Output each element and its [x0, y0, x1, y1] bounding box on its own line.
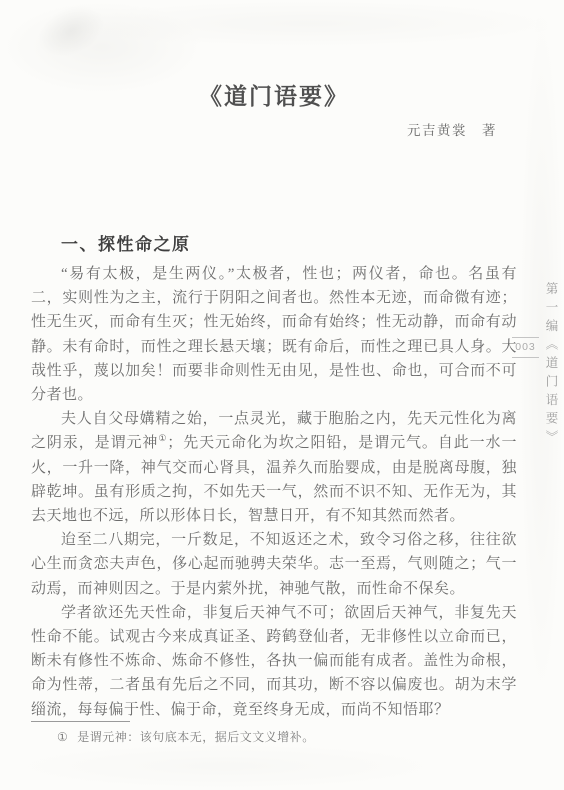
paragraph-text: 学者欲还先天性命，非复后天神气不可；欲固后天神气，非复先天性命不能。试观古今来成… — [31, 605, 517, 718]
author-line: 元吉黄裳 著 — [31, 119, 497, 139]
footnote-text: 是谓元神：该句底本无，据后文文义增补。 — [77, 730, 315, 744]
footnote-divider — [31, 721, 130, 722]
footnote: ①是谓元神：该句底本无，据后文文义增补。 — [57, 728, 497, 745]
book-title: 《道门语要》 — [31, 78, 517, 111]
page-number: 003 — [512, 338, 539, 357]
paragraph-text: 迨至二八期完，一斤数足，不知返还之术，致令习俗之移，往往欲心生而贪恋夫声色，侈心… — [31, 532, 517, 596]
paragraph-4: 学者欲还先天性命，非复后天神气不可；欲固后天神气，非复先天性命不能。试观古今来成… — [31, 601, 517, 722]
page-number-rule-bottom — [512, 357, 539, 358]
body-text: “易有太极，是生两仪。”太极者，性也；两仪者，命也。名虽有二，实则性为之主，流行… — [31, 262, 517, 722]
paragraph-text: “易有太极，是生两仪。”太极者，性也；两仪者，命也。名虽有二，实则性为之主，流行… — [31, 266, 517, 403]
book-page: 《道门语要》 元吉黄裳 著 一、探性命之原 “易有太极，是生两仪。”太极者，性也… — [0, 0, 564, 790]
page-number-block: 003 — [512, 337, 539, 358]
paragraph-1: “易有太极，是生两仪。”太极者，性也；两仪者，命也。名虽有二，实则性为之主，流行… — [31, 262, 517, 407]
paragraph-3: 迨至二八期完，一斤数足，不知返还之术，致令习俗之移，往往欲心生而贪恋夫声色，侈心… — [31, 528, 517, 601]
footnote-ref-marker: ① — [158, 433, 167, 443]
footnote-marker: ① — [57, 730, 68, 744]
section-heading: 一、探性命之原 — [61, 230, 191, 255]
scan-smudge — [30, 0, 113, 67]
margin-edition-caption: 第一编《道门语要》 — [542, 282, 560, 482]
paragraph-2: 夫人自父母媾精之始，一点灵光，藏于胞胎之内，先天元性化为离之阴汞，是谓元神①；先… — [31, 407, 517, 528]
